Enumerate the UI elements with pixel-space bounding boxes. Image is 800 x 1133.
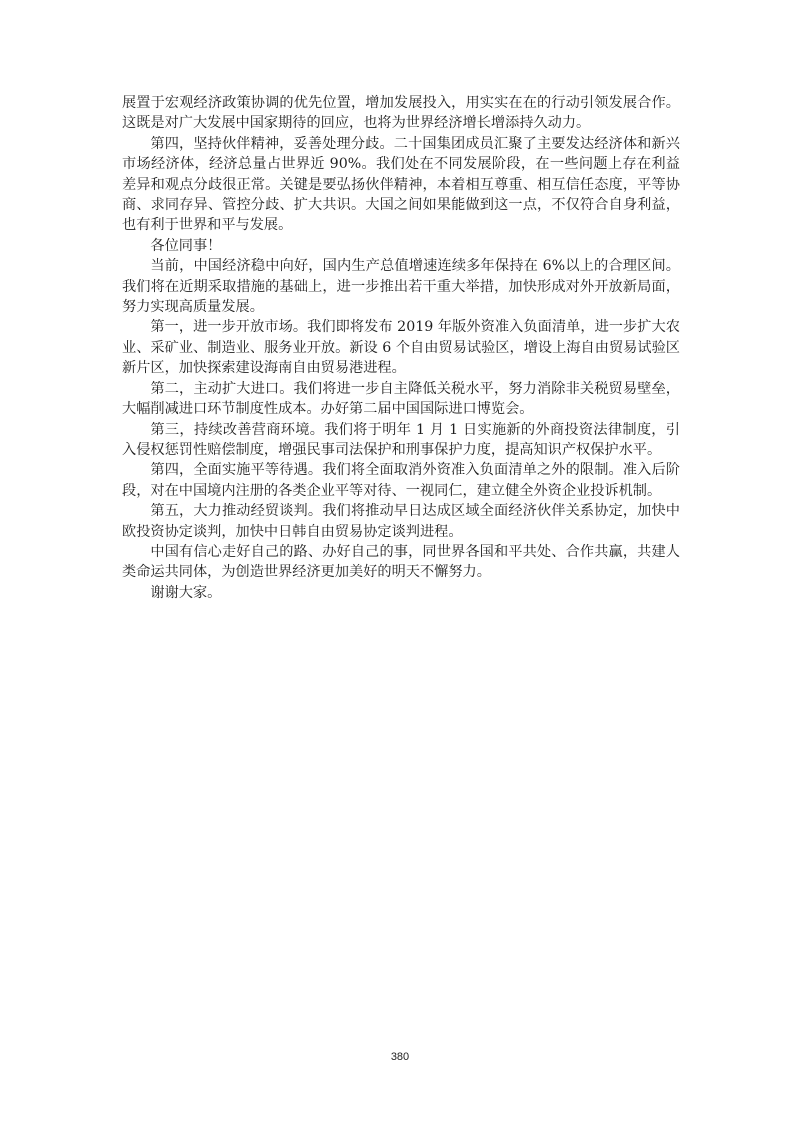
paragraph-third-business-environment: 第三，持续改善营商环境。我们将于明年 1 月 1 日实施新的外商投资法律制度，引…: [122, 420, 680, 461]
paragraph-thanks: 谢谢大家。: [122, 583, 680, 603]
paragraph-fourth-partnership: 第四，坚持伙伴精神，妥善处理分歧。二十国集团成员汇聚了主要发达经济体和新兴市场经…: [122, 134, 680, 236]
paragraph-confidence: 中国有信心走好自己的路、办好自己的事，同世界各国和平共处、合作共赢，共建人类命运…: [122, 542, 680, 583]
paragraph-second-expand-imports: 第二，主动扩大进口。我们将进一步自主降低关税水平，努力消除非关税贸易壁垒，大幅削…: [122, 379, 680, 420]
paragraph-fifth-trade-negotiations: 第五，大力推动经贸谈判。我们将推动早日达成区域全面经济伙伴关系协定，加快中欧投资…: [122, 501, 680, 542]
paragraph-continuation: 展置于宏观经济政策协调的优先位置，增加发展投入，用实实在在的行动引领发展合作。这…: [122, 93, 680, 134]
document-body: 展置于宏观经济政策协调的优先位置，增加发展投入，用实实在在的行动引领发展合作。这…: [122, 93, 680, 603]
paragraph-current-economy: 当前，中国经济稳中向好，国内生产总值增速连续多年保持在 6%以上的合理区间。我们…: [122, 256, 680, 317]
paragraph-fourth-equal-treatment: 第四，全面实施平等待遇。我们将全面取消外资准入负面清单之外的限制。准入后阶段，对…: [122, 460, 680, 501]
page-number: 380: [0, 1051, 800, 1063]
paragraph-salutation: 各位同事！: [122, 236, 680, 256]
paragraph-first-open-market: 第一，进一步开放市场。我们即将发布 2019 年版外资准入负面清单，进一步扩大农…: [122, 317, 680, 378]
